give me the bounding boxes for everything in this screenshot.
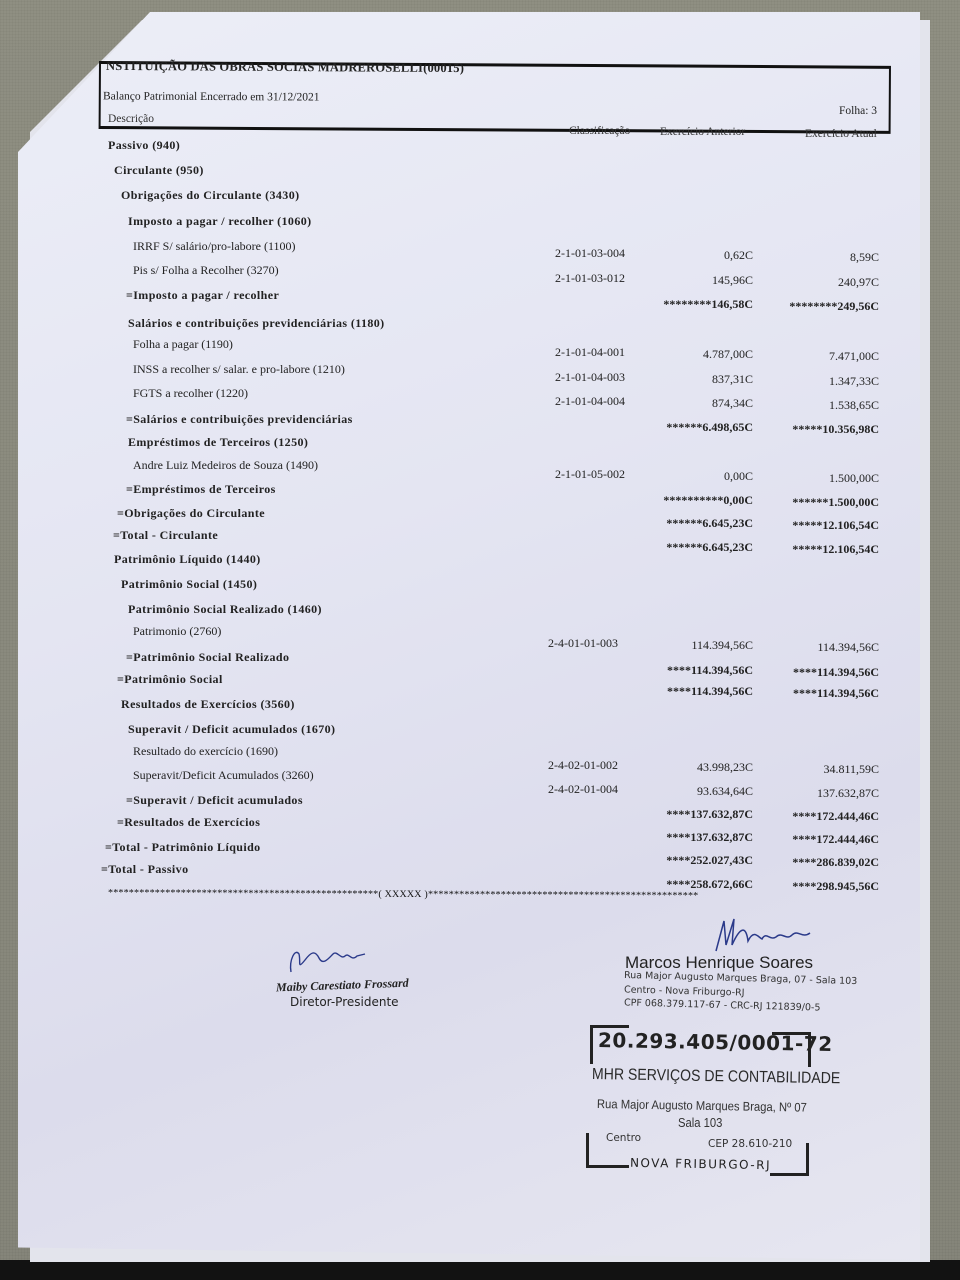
current-year-value: 1.500,00C [729, 471, 879, 486]
account-label: FGTS a recolher (1220) [133, 386, 248, 401]
current-year-value: *****10.356,98C [729, 422, 879, 437]
account-label: Imposto a pagar / recolher (1060) [128, 214, 312, 229]
accountant-signature-scribble [710, 915, 820, 955]
subtotal-label: =Obrigações do Circulante [117, 506, 265, 521]
subtotal-label: =Empréstimos de Terceiros [126, 482, 276, 497]
current-year-value: 1.538,65C [729, 398, 879, 413]
current-year-value: ****172.444,46C [729, 809, 879, 824]
subtotal-label: =Patrimônio Social Realizado [126, 650, 289, 665]
stamp-cnpj: 20.293.405/0001-72 [598, 1028, 833, 1056]
subtotal-label: =Superavit / Deficit acumulados [126, 793, 303, 808]
current-year-value: ******1.500,00C [729, 495, 879, 510]
account-label: IRRF S/ salário/pro-labore (1100) [133, 239, 296, 254]
account-label: Superavit / Deficit acumulados (1670) [128, 722, 335, 737]
current-year-value: ****172.444,46C [729, 832, 879, 847]
page-number: Folha: 3 [839, 105, 877, 117]
current-year-value: 34.811,59C [729, 762, 879, 777]
account-label: Patrimônio Social Realizado (1460) [128, 602, 322, 617]
account-label: Circulante (950) [114, 163, 204, 178]
column-description: Descrição [108, 113, 154, 125]
institution-name: NSTITUIÇÃO DAS OBRAS SOCIAS MADREROSELLI… [106, 59, 464, 76]
account-label: Resultados de Exercícios (3560) [121, 697, 295, 712]
current-year-value: ********249,56C [729, 299, 879, 314]
subtotal-label: =Total - Circulante [113, 528, 218, 543]
account-label: Passivo (940) [108, 138, 180, 153]
current-year-value: 7.471,00C [729, 349, 879, 364]
current-year-value: 137.632,87C [729, 786, 879, 801]
subtotal-label: =Resultados de Exercícios [117, 815, 260, 830]
subtotal-label: =Total - Passivo [101, 862, 188, 877]
subtotal-label: =Imposto a pagar / recolher [126, 288, 279, 303]
account-label: Empréstimos de Terceiros (1250) [128, 435, 308, 450]
stamp-district: Centro [606, 1132, 641, 1144]
current-year-value: *****12.106,54C [729, 542, 879, 557]
current-year-value: *****12.106,54C [729, 518, 879, 533]
current-year-value: ****114.394,56C [729, 665, 879, 680]
current-year-value: 240,97C [729, 275, 879, 290]
account-label: Obrigações do Circulante (3430) [121, 188, 300, 203]
column-current-year: Exercício Atual [805, 128, 877, 140]
floor-shadow [0, 1260, 960, 1280]
account-label: Folha a pagar (1190) [133, 337, 233, 352]
account-label: Salários e contribuições previdenciárias… [128, 316, 385, 331]
subtotal-label: =Total - Patrimônio Líquido [105, 840, 261, 855]
president-role: Diretor-Presidente [290, 995, 399, 1009]
stamp-city: NOVA FRIBURGO-RJ [630, 1156, 771, 1172]
stamp-cep: CEP 28.610-210 [708, 1138, 792, 1150]
account-label: Patrimônio Líquido (1440) [114, 552, 261, 567]
current-year-value: 1.347,33C [729, 374, 879, 389]
account-label: INSS a recolher s/ salar. e pro-labore (… [133, 362, 345, 377]
column-classification: Classificação [569, 125, 630, 137]
current-year-value: ****298.945,56C [729, 879, 879, 894]
current-year-value: 8,59C [729, 250, 879, 265]
account-label: Patrimonio (2760) [133, 624, 221, 639]
column-previous-year: Exercício Anterior [660, 126, 745, 138]
account-label: Patrimônio Social (1450) [121, 577, 257, 592]
account-label: Andre Luiz Medeiros de Souza (1490) [133, 458, 318, 473]
president-signature-scribble [285, 940, 375, 980]
current-year-value: 114.394,56C [729, 640, 879, 655]
subtotal-label: =Salários e contribuições previdenciária… [126, 412, 353, 427]
account-label: Superavit/Deficit Acumulados (3260) [133, 768, 314, 783]
report-subtitle: Balanço Patrimonial Encerrado em 31/12/2… [103, 90, 320, 103]
current-year-value: ****286.839,02C [729, 855, 879, 870]
account-label: Pis s/ Folha a Recolher (3270) [133, 263, 279, 278]
current-year-value: ****114.394,56C [729, 686, 879, 701]
stamp-room: Sala 103 [678, 1116, 722, 1130]
subtotal-label: =Patrimônio Social [117, 672, 223, 687]
account-label: Resultado do exercício (1690) [133, 744, 278, 759]
